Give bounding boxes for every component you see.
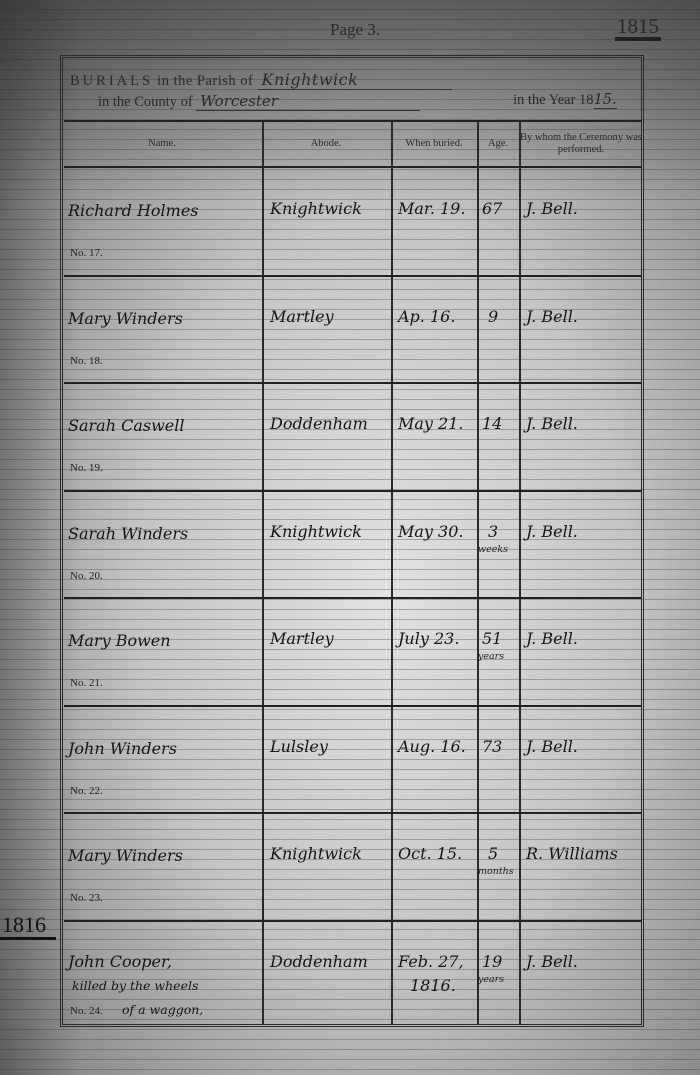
entry-officiant: J. Bell.	[526, 307, 578, 326]
table-row: Sarah CaswellNo. 19.DoddenhamMay 21.14J.…	[64, 382, 642, 490]
entry-abode: Doddenham	[270, 952, 368, 971]
entry-number: No. 23.	[70, 892, 103, 904]
entry-age-unit: years	[478, 651, 504, 662]
entry-officiant: J. Bell.	[526, 199, 578, 218]
year-stamp-side: 1816	[0, 913, 56, 940]
entry-abode: Doddenham	[270, 414, 368, 433]
entry-abode: Knightwick	[270, 844, 362, 863]
column-header-officiant: By whom the Ceremony was performed.	[520, 122, 642, 166]
table-row: Sarah WindersNo. 20.KnightwickMay 30.3we…	[64, 490, 642, 598]
entry-name: Mary Winders	[68, 309, 183, 328]
register-title: BURIALS in the Parish of Knightwick	[70, 70, 452, 90]
entry-when-buried: July 23.	[398, 629, 459, 648]
entry-age: 5	[488, 844, 498, 863]
year-suffix: 15.	[594, 92, 617, 109]
entry-age: 3	[488, 522, 498, 541]
entry-officiant: J. Bell.	[526, 952, 578, 971]
entry-age: 67	[482, 199, 502, 218]
table-row: Mary BowenNo. 21.MartleyJuly 23.51yearsJ…	[64, 597, 642, 705]
year-stamp-top: 1815	[615, 15, 661, 41]
table-row: Richard HolmesNo. 17.KnightwickMar. 19.6…	[64, 167, 642, 275]
entry-age: 9	[488, 307, 498, 326]
table-row: John Cooper,killed by the wheelsof a wag…	[64, 920, 642, 1028]
entry-officiant: J. Bell.	[526, 629, 578, 648]
table-row: John WindersNo. 22.LulsleyAug. 16.73J. B…	[64, 705, 642, 813]
page-number: Page 3.	[330, 20, 380, 40]
entry-when-buried: Mar. 19.	[398, 199, 465, 218]
entry-name: John Winders	[68, 739, 177, 758]
entry-abode: Knightwick	[270, 199, 362, 218]
entry-age: 19	[482, 952, 502, 971]
entry-age-unit: months	[478, 866, 514, 877]
entry-age-unit: years	[478, 974, 504, 985]
entry-when-buried: May 30.	[398, 522, 464, 541]
entry-when-buried-year: 1816.	[410, 976, 456, 995]
entry-when-buried: Ap. 16.	[398, 307, 455, 326]
entry-abode: Lulsley	[270, 737, 328, 756]
entry-name: Mary Bowen	[68, 631, 171, 650]
entry-when-buried: Aug. 16.	[398, 737, 466, 756]
title-mid: in the Parish of	[157, 73, 253, 89]
entry-when-buried: Oct. 15.	[398, 844, 462, 863]
entry-number: No. 22.	[70, 785, 103, 797]
entry-abode: Martley	[270, 307, 334, 326]
entry-name: Sarah Caswell	[68, 416, 184, 435]
year-line: in the Year 1815.	[513, 92, 617, 109]
entry-number: No. 20.	[70, 570, 103, 582]
entry-when-buried: Feb. 27,	[398, 952, 464, 971]
entry-age: 73	[482, 737, 502, 756]
entry-number: No. 21.	[70, 677, 103, 689]
entry-name: Mary Winders	[68, 846, 183, 865]
entry-abode: Knightwick	[270, 522, 362, 541]
year-prefix: in the Year 18	[513, 92, 594, 108]
entry-number: No. 18.	[70, 355, 103, 367]
table-row: Mary WindersNo. 18.MartleyAp. 16.9J. Bel…	[64, 275, 642, 383]
table-row: Mary WindersNo. 23.KnightwickOct. 15.5mo…	[64, 812, 642, 920]
entry-when-buried: May 21.	[398, 414, 464, 433]
title-prefix: BURIALS	[70, 73, 153, 89]
county-line: in the County of Worcester	[98, 92, 420, 111]
entry-officiant: J. Bell.	[526, 737, 578, 756]
entry-number: No. 24.	[70, 1005, 103, 1017]
entry-name: John Cooper,	[68, 952, 172, 971]
entry-abode: Martley	[270, 629, 334, 648]
entry-number: No. 17.	[70, 247, 103, 259]
entry-number: No. 19.	[70, 462, 103, 474]
entry-officiant: R. Williams	[526, 844, 618, 863]
entry-name-note: of a waggon,	[122, 1002, 203, 1017]
entry-name-note: killed by the wheels	[72, 978, 198, 993]
county-name: Worcester	[196, 92, 420, 111]
parish-name: Knightwick	[258, 70, 452, 90]
column-header-age: Age.	[478, 122, 518, 166]
entry-age: 14	[482, 414, 502, 433]
entry-name: Richard Holmes	[68, 201, 199, 220]
entry-name: Sarah Winders	[68, 524, 188, 543]
column-header-name: Name.	[64, 122, 260, 166]
entry-officiant: J. Bell.	[526, 414, 578, 433]
entry-officiant: J. Bell.	[526, 522, 578, 541]
county-prefix: in the County of	[98, 94, 193, 110]
entry-age: 51	[482, 629, 502, 648]
column-header-abode: Abode.	[262, 122, 390, 166]
entry-age-unit: weeks	[478, 544, 508, 555]
column-header-when-buried: When buried.	[392, 122, 476, 166]
